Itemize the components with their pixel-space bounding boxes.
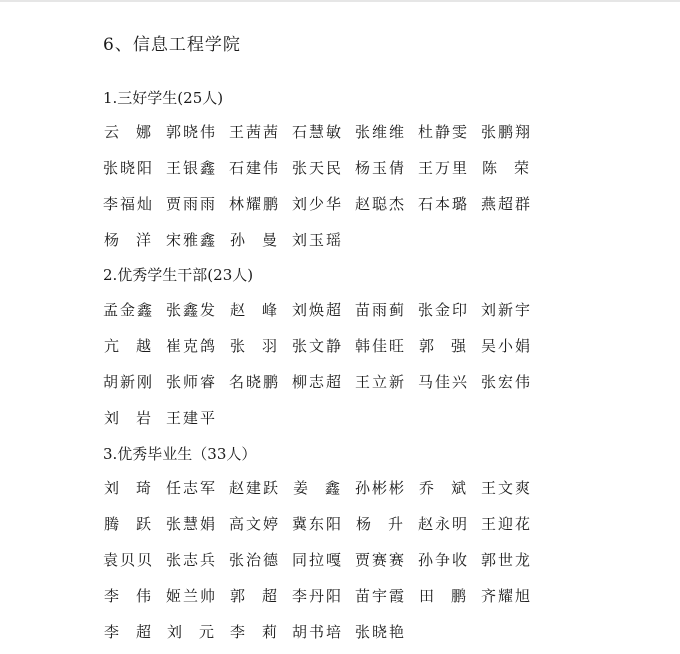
student-name: 林耀鹏	[229, 193, 285, 214]
student-name: 名晓鹏	[229, 371, 285, 392]
student-name: 杜静雯	[418, 121, 474, 142]
page-title: 6、信息工程学院	[103, 30, 241, 55]
student-name: 石慧敏	[292, 121, 348, 142]
student-name: 乔斌	[418, 477, 474, 498]
student-name: 郭世龙	[481, 549, 537, 570]
section-heading: 3.优秀毕业生（33人）	[103, 443, 256, 464]
student-name: 齐耀旭	[481, 585, 537, 606]
student-name: 赵峰	[229, 299, 285, 320]
student-name: 张鹏翔	[481, 121, 537, 142]
student-name: 李莉	[229, 621, 285, 642]
student-name: 贾雨雨	[166, 193, 222, 214]
student-name: 李伟	[103, 585, 159, 606]
student-name: 王建平	[166, 407, 222, 428]
student-name: 张晓艳	[355, 621, 411, 642]
student-name: 腾跃	[103, 513, 159, 534]
student-name: 刘琦	[103, 477, 159, 498]
student-name: 孙争收	[418, 549, 474, 570]
student-name: 王万里	[418, 157, 474, 178]
student-name: 郭超	[229, 585, 285, 606]
student-name: 杨玉倩	[355, 157, 411, 178]
student-name: 亢越	[103, 335, 159, 356]
student-name: 马佳兴	[418, 371, 474, 392]
section-heading: 1.三好学生(25人)	[103, 87, 223, 108]
student-name: 贾赛赛	[355, 549, 411, 570]
student-name: 张志兵	[166, 549, 222, 570]
student-name: 孟金鑫	[103, 299, 159, 320]
student-name: 李超	[103, 621, 159, 642]
student-name: 苗雨蓟	[355, 299, 411, 320]
student-name: 张羽	[229, 335, 285, 356]
student-name: 张晓阳	[103, 157, 159, 178]
student-name: 郭强	[418, 335, 474, 356]
student-name: 陈荣	[481, 157, 537, 178]
student-name: 任志军	[166, 477, 222, 498]
student-name: 张金印	[418, 299, 474, 320]
student-name: 胡新刚	[103, 371, 159, 392]
student-name: 张维维	[355, 121, 411, 142]
student-name: 刘新宇	[481, 299, 537, 320]
student-name: 刘元	[166, 621, 222, 642]
student-name: 石建伟	[229, 157, 285, 178]
student-name: 冀东阳	[292, 513, 348, 534]
student-name: 王立新	[355, 371, 411, 392]
student-name: 姬兰帅	[166, 585, 222, 606]
student-name: 张师睿	[166, 371, 222, 392]
student-name: 王文爽	[481, 477, 537, 498]
student-name: 刘玉瑶	[292, 229, 348, 250]
student-name: 同拉嘎	[292, 549, 348, 570]
student-name: 张天民	[292, 157, 348, 178]
student-name: 张鑫发	[166, 299, 222, 320]
student-name: 赵永明	[418, 513, 474, 534]
student-name: 王银鑫	[166, 157, 222, 178]
page-top-border	[0, 0, 680, 2]
student-name: 王茜茜	[229, 121, 285, 142]
student-name: 田鹏	[418, 585, 474, 606]
student-name: 吴小娟	[481, 335, 537, 356]
student-name: 赵建跃	[229, 477, 285, 498]
student-name: 杨升	[355, 513, 411, 534]
student-name: 张文静	[292, 335, 348, 356]
student-name: 云娜	[103, 121, 159, 142]
student-name: 苗宇霞	[355, 585, 411, 606]
student-name: 胡书培	[292, 621, 348, 642]
student-name: 宋雅鑫	[166, 229, 222, 250]
student-name: 张治德	[229, 549, 285, 570]
student-name: 姜鑫	[292, 477, 348, 498]
student-name: 石本璐	[418, 193, 474, 214]
student-name: 高文婷	[229, 513, 285, 534]
student-name: 张慧娟	[166, 513, 222, 534]
student-name: 杨洋	[103, 229, 159, 250]
student-name: 崔克鸽	[166, 335, 222, 356]
student-name: 刘焕超	[292, 299, 348, 320]
section-heading: 2.优秀学生干部(23人)	[103, 264, 253, 285]
student-name: 李福灿	[103, 193, 159, 214]
student-name: 袁贝贝	[103, 549, 159, 570]
student-name: 赵聪杰	[355, 193, 411, 214]
student-name: 王迎花	[481, 513, 537, 534]
student-name: 孙曼	[229, 229, 285, 250]
student-name: 刘少华	[292, 193, 348, 214]
student-name: 张宏伟	[481, 371, 537, 392]
student-name: 孙彬彬	[355, 477, 411, 498]
student-name: 燕超群	[481, 193, 537, 214]
student-name: 李丹阳	[292, 585, 348, 606]
student-name: 韩佳旺	[355, 335, 411, 356]
student-name: 柳志超	[292, 371, 348, 392]
student-name: 郭晓伟	[166, 121, 222, 142]
student-name: 刘岩	[103, 407, 159, 428]
